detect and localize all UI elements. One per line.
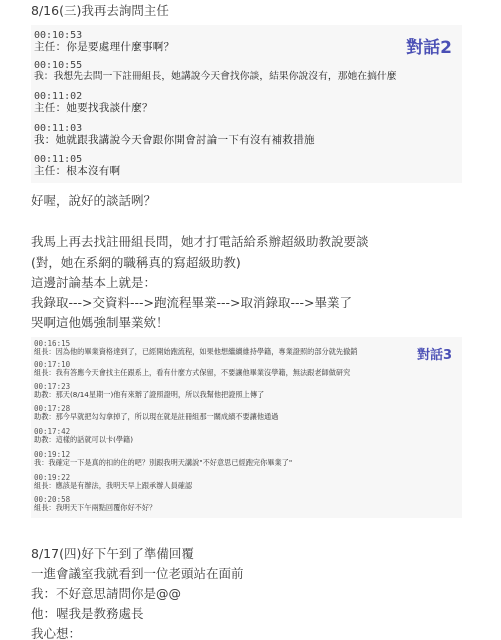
timestamp: 00:10:55 [34, 61, 396, 71]
closing-line: 我心想： [31, 626, 81, 640]
dialog-entry: 00:11:05 主任：根本沒有啊 [34, 155, 120, 177]
timestamp: 00:19:22 [34, 474, 192, 481]
dialog-entry: 00:19:22 組長：應該是有辦法，我明天早上跟承辦人員確認 [34, 474, 192, 490]
closing-line: 一進會議室我就看到一位老頭站在面前 [31, 566, 244, 582]
timestamp: 00:17:42 [34, 428, 133, 435]
dialog-entry: 00:11:03 我：她就跟我講說今天會跟你開會討論一下有沒有補救措施 [34, 124, 315, 146]
dialog-entry: 00:19:12 我：我確定一下是真的扣的住的吧？別跟我明天講說"不好意思已經跑… [34, 451, 292, 467]
closing-line: 我：不好意思請問你是@@ [31, 586, 181, 602]
message: 組長：因為他的畢業資格達到了，已經開始跑流程，如果他想繼續維持學籍，專業證照的部… [34, 347, 357, 356]
timestamp: 00:11:05 [34, 155, 120, 165]
timestamp: 00:17:28 [34, 405, 278, 412]
dialog-3-screenshot: 對話3 00:16:15 組長：因為他的畢業資格達到了，已經開始跑流程，如果他想… [31, 337, 462, 518]
dialog-entry: 00:11:02 主任：她要找我談什麼？ [34, 92, 153, 114]
dialog-entry: 00:20:58 組長：我明天下午兩點回覆你好不好？ [34, 496, 156, 512]
message: 組長：應該是有辦法，我明天早上跟承辦人員確認 [34, 481, 192, 490]
body-line: 哭啊這他媽強制畢業欸！ [31, 315, 169, 331]
timestamp: 00:17:23 [34, 383, 264, 390]
dialog-entry: 00:17:10 組長：我有答應今天會找主任跟系上，看有什麼方式保留，不要讓他畢… [34, 361, 350, 377]
message: 助教：這樣的話就可以卡(學籍) [34, 435, 133, 444]
dialog-3-badge: 對話3 [417, 344, 452, 363]
message: 我：我確定一下是真的扣的住的吧？別跟我明天講說"不好意思已經跑完你畢業了" [34, 458, 292, 467]
dialog-entry: 00:17:23 助教：那天(8/14星期一)他有來辦了證照證明，所以我幫他把證… [34, 383, 264, 399]
dialog-entry: 00:10:55 我：我想先去問一下註冊組長，她講說今天會找你談，結果你說沒有，… [34, 61, 396, 83]
message: 組長：我明天下午兩點回覆你好不好？ [34, 503, 156, 512]
timestamp: 00:20:58 [34, 496, 156, 503]
dialog-2-badge: 對話2 [406, 33, 452, 58]
dialog-entry: 00:17:28 助教：那今早就把勾勾拿掉了，所以現在就是註冊組那一關成績不要讓… [34, 405, 278, 421]
timestamp: 00:19:12 [34, 451, 292, 458]
body-line: 我馬上再去找註冊組長問，她才打電話給系辦超級助教說要談 [31, 234, 369, 250]
message: 我：我想先去問一下註冊組長，她講說今天會找你談，結果你說沒有，那她在搞什麼 [34, 71, 396, 83]
body-line: 這邊討論基本上就是： [31, 275, 156, 291]
closing-line: 8/17(四)好下午到了準備回覆 [31, 546, 194, 562]
body-line: (對，她在系網的職稱真的寫超級助教) [31, 255, 241, 271]
message: 我：她就跟我講說今天會跟你開會討論一下有沒有補救措施 [34, 134, 315, 146]
message: 助教：那天(8/14星期一)他有來辦了證照證明，所以我幫他把證照上傳了 [34, 390, 264, 399]
message: 主任：你是要處理什麼事啊？ [34, 41, 174, 53]
timestamp: 00:11:02 [34, 92, 153, 102]
dialog-2-screenshot: 對話2 00:10:53 主任：你是要處理什麼事啊？ 00:10:55 我：我想… [31, 25, 462, 183]
dialog-entry: 00:16:15 組長：因為他的畢業資格達到了，已經開始跑流程，如果他想繼續維持… [34, 340, 357, 356]
dialog-entry: 00:17:42 助教：這樣的話就可以卡(學籍) [34, 428, 133, 444]
body-line: 好喔，說好的談話咧？ [31, 193, 156, 209]
message: 主任：根本沒有啊 [34, 165, 120, 177]
timestamp: 00:17:10 [34, 361, 350, 368]
heading-8-16: 8/16(三)我再去詢問主任 [31, 3, 169, 19]
closing-line: 他：喔我是教務處長 [31, 606, 144, 622]
message: 主任：她要找我談什麼？ [34, 102, 153, 114]
body-line: 我錄取--->交資料--->跑流程畢業--->取消錄取--->畢業了 [31, 295, 352, 311]
timestamp: 00:11:03 [34, 124, 315, 134]
dialog-entry: 00:10:53 主任：你是要處理什麼事啊？ [34, 31, 174, 53]
message: 組長：我有答應今天會找主任跟系上，看有什麼方式保留，不要讓他畢業沒學籍，無法跟老… [34, 368, 350, 377]
timestamp: 00:10:53 [34, 31, 174, 41]
message: 助教：那今早就把勾勾拿掉了，所以現在就是註冊組那一關成績不要讓他通過 [34, 412, 278, 421]
timestamp: 00:16:15 [34, 340, 357, 347]
